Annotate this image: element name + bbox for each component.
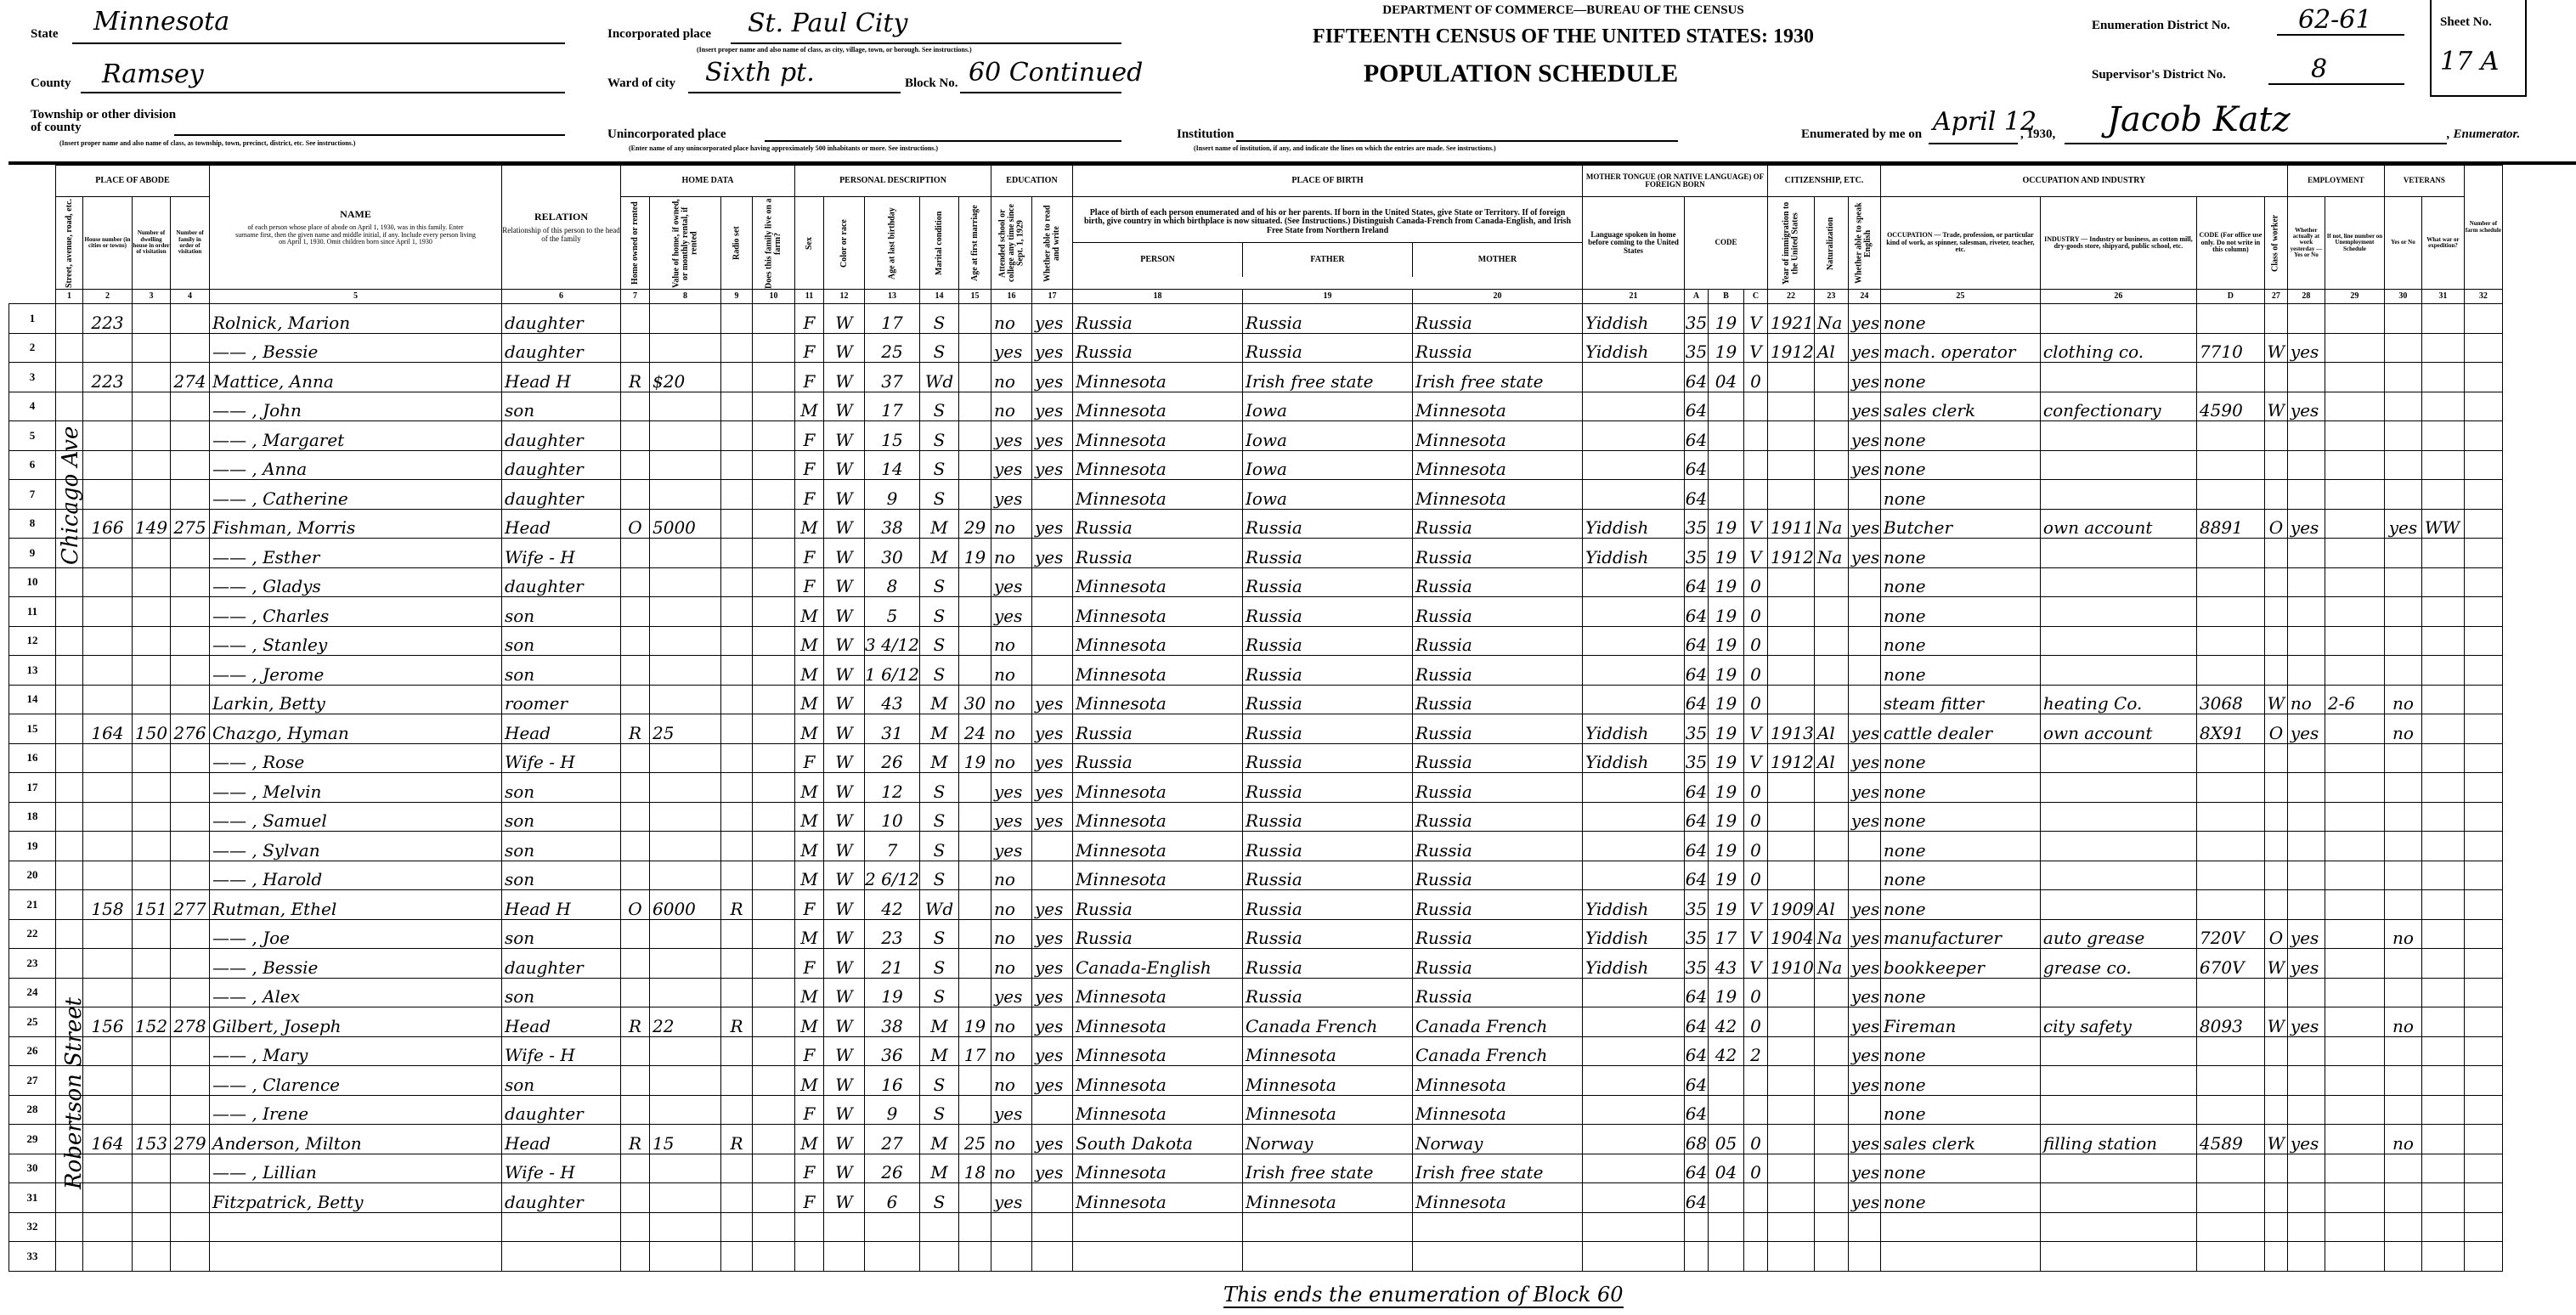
cell-war xyxy=(2421,1125,2464,1154)
cell-war xyxy=(2421,597,2464,627)
cell-age: 12 xyxy=(865,773,920,803)
cell-age: 21 xyxy=(865,949,920,979)
group-relation: RELATIONRelationship of this person to t… xyxy=(502,166,621,290)
table-row: 4—— , JohnsonMW17SnoyesMinnesotaIowaMinn… xyxy=(9,392,2503,421)
line-number: 2 xyxy=(9,333,56,363)
cell-veteran xyxy=(2384,567,2421,597)
cell-marital: S xyxy=(920,304,959,334)
cell-sex: M xyxy=(795,978,824,1007)
group-employment: EMPLOYMENT xyxy=(2287,166,2384,197)
cell-family xyxy=(171,861,210,890)
cell-industry xyxy=(2040,304,2196,334)
cell-radio xyxy=(721,421,753,451)
cell-street xyxy=(56,685,83,714)
war-header: What war or expedition? xyxy=(2421,197,2464,290)
cell-radio xyxy=(721,450,753,480)
cell-pob-father: Russia xyxy=(1243,539,1413,568)
cell-read xyxy=(1032,832,1073,861)
column-number-row: 123456789101112131415161718192021ABC2223… xyxy=(9,290,2503,304)
cell-color: W xyxy=(824,450,865,480)
cell-age: 10 xyxy=(865,802,920,832)
cell-age-marriage xyxy=(959,832,991,861)
cell-name: —— , Bessie xyxy=(210,333,502,363)
cell-code-a: 64 xyxy=(1685,450,1709,480)
cell-at-work xyxy=(2287,421,2325,451)
cell-occ-code xyxy=(2196,978,2264,1007)
cell-at-work: no xyxy=(2287,685,2325,714)
cell-veteran xyxy=(2384,1242,2421,1272)
cell-veteran xyxy=(2384,743,2421,773)
cell-immigration xyxy=(1768,1125,1815,1154)
cell-class xyxy=(2264,626,2287,656)
cell-age-marriage xyxy=(959,1212,991,1242)
line-number: 12 xyxy=(9,626,56,656)
cell-dwelling xyxy=(133,861,171,890)
line-number: 32 xyxy=(9,1212,56,1242)
cell-dwelling xyxy=(133,1242,171,1272)
cell-street xyxy=(56,919,83,949)
cell-family xyxy=(171,832,210,861)
cell-at-work: yes xyxy=(2287,1007,2325,1037)
cell-unemp xyxy=(2325,919,2384,949)
family-number-header: Number of family in order of visitation xyxy=(171,197,210,290)
street-header: Street, avenue, road, etc. xyxy=(56,197,83,290)
cell-war xyxy=(2421,421,2464,451)
cell-industry: own account xyxy=(2040,714,2196,744)
birth-subheaders: PERSON FATHER MOTHER xyxy=(1073,242,1582,277)
cell-age xyxy=(865,1212,920,1242)
cell-immigration: 1913 xyxy=(1768,714,1815,744)
cell-veteran xyxy=(2384,832,2421,861)
cell-unemp xyxy=(2325,1212,2384,1242)
cell-industry xyxy=(2040,480,2196,510)
farm-schedule-header: Number of farm schedule xyxy=(2464,166,2502,290)
cell-farm-schedule xyxy=(2464,773,2502,803)
cell-veteran xyxy=(2384,1066,2421,1096)
cell-name xyxy=(210,1242,502,1272)
line-number: 9 xyxy=(9,539,56,568)
english-header: Whether able to speak English xyxy=(1848,197,1880,290)
cell-language xyxy=(1583,392,1685,421)
cell-naturalization xyxy=(1814,861,1848,890)
cell-code-a: 35 xyxy=(1685,304,1709,334)
cell-age: 26 xyxy=(865,1154,920,1183)
cell-farm xyxy=(753,1125,795,1154)
cell-house xyxy=(83,333,133,363)
cell-at-work xyxy=(2287,1154,2325,1183)
cell-farm xyxy=(753,480,795,510)
cell-house xyxy=(83,743,133,773)
cell-code-a: 64 xyxy=(1685,685,1709,714)
cell-owned xyxy=(621,1066,650,1096)
cell-age-marriage xyxy=(959,890,991,920)
cell-war xyxy=(2421,304,2464,334)
cell-age-marriage: 18 xyxy=(959,1154,991,1183)
cell-occupation: sales clerk xyxy=(1880,392,2040,421)
cell-immigration xyxy=(1768,1007,1815,1037)
cell-english xyxy=(1848,1242,1880,1272)
cell-immigration xyxy=(1768,392,1815,421)
cell-read: yes xyxy=(1032,304,1073,334)
cell-language xyxy=(1583,1036,1685,1066)
cell-code-a: 35 xyxy=(1685,919,1709,949)
column-number: 9 xyxy=(721,290,753,304)
cell-occ-code xyxy=(2196,1154,2264,1183)
cell-relation: daughter xyxy=(502,421,621,451)
cell-language: Yiddish xyxy=(1583,539,1685,568)
cell-age: 9 xyxy=(865,1095,920,1125)
cell-code-c xyxy=(1744,1242,1768,1272)
cell-dwelling xyxy=(133,1036,171,1066)
cell-read: yes xyxy=(1032,421,1073,451)
cell-code-c xyxy=(1744,1066,1768,1096)
cell-farm xyxy=(753,685,795,714)
cell-occ-code xyxy=(2196,450,2264,480)
cell-read: yes xyxy=(1032,509,1073,539)
cell-naturalization xyxy=(1814,1036,1848,1066)
cell-owned xyxy=(621,1036,650,1066)
cell-unemp xyxy=(2325,1007,2384,1037)
cell-war xyxy=(2421,1242,2464,1272)
cell-read: yes xyxy=(1032,392,1073,421)
cell-naturalization: Al xyxy=(1814,743,1848,773)
cell-age-marriage: 25 xyxy=(959,1125,991,1154)
cell-pob-mother: Minnesota xyxy=(1413,450,1583,480)
cell-name: —— , Sylvan xyxy=(210,832,502,861)
cell-house: 156 xyxy=(83,1007,133,1037)
cell-marital: S xyxy=(920,802,959,832)
cell-immigration xyxy=(1768,567,1815,597)
cell-pob-mother: Minnesota xyxy=(1413,1095,1583,1125)
cell-age-marriage: 29 xyxy=(959,509,991,539)
cell-farm xyxy=(753,450,795,480)
line-number: 29 xyxy=(9,1125,56,1154)
cell-pob: Minnesota xyxy=(1073,861,1243,890)
cell-industry xyxy=(2040,1242,2196,1272)
sheet-value: 17 A xyxy=(2440,47,2499,76)
cell-class xyxy=(2264,802,2287,832)
cell-age: 31 xyxy=(865,714,920,744)
cell-code-b: 19 xyxy=(1709,333,1744,363)
ed-label: Enumeration District No. xyxy=(2092,19,2230,33)
cell-value: $20 xyxy=(650,363,721,392)
cell-radio xyxy=(721,304,753,334)
cell-occupation: none xyxy=(1880,567,2040,597)
cell-owned xyxy=(621,832,650,861)
cell-occ-code xyxy=(2196,480,2264,510)
column-number: 30 xyxy=(2384,290,2421,304)
cell-naturalization xyxy=(1814,978,1848,1007)
cell-age: 17 xyxy=(865,304,920,334)
line-number: 10 xyxy=(9,567,56,597)
cell-read xyxy=(1032,480,1073,510)
cell-color: W xyxy=(824,597,865,627)
cell-immigration: 1912 xyxy=(1768,539,1815,568)
cell-immigration xyxy=(1768,1212,1815,1242)
cell-owned xyxy=(621,421,650,451)
cell-pob-father: Russia xyxy=(1243,304,1413,334)
cell-occ-code xyxy=(2196,1095,2264,1125)
cell-farm-schedule xyxy=(2464,1036,2502,1066)
cell-school: no xyxy=(991,1066,1032,1096)
table-row: 17—— , MelvinsonMW12SyesyesMinnesotaRuss… xyxy=(9,773,2503,803)
cell-english: yes xyxy=(1848,1154,1880,1183)
cell-color: W xyxy=(824,539,865,568)
cell-code-a: 35 xyxy=(1685,743,1709,773)
cell-at-work: yes xyxy=(2287,714,2325,744)
cell-class: O xyxy=(2264,509,2287,539)
cell-pob: Minnesota xyxy=(1073,1036,1243,1066)
cell-relation: son xyxy=(502,392,621,421)
cell-farm xyxy=(753,919,795,949)
sex-header: Sex xyxy=(795,197,824,290)
cell-class xyxy=(2264,890,2287,920)
cell-farm xyxy=(753,333,795,363)
cell-age-marriage xyxy=(959,1242,991,1272)
cell-war xyxy=(2421,949,2464,979)
cell-class xyxy=(2264,450,2287,480)
cell-name: —— , Margaret xyxy=(210,421,502,451)
cell-family xyxy=(171,1242,210,1272)
cell-age: 6 xyxy=(865,1183,920,1213)
cell-radio xyxy=(721,861,753,890)
cell-code-c xyxy=(1744,421,1768,451)
table-row: 26—— , MaryWife - HFW36M17noyesMinnesota… xyxy=(9,1036,2503,1066)
cell-school: yes xyxy=(991,421,1032,451)
cell-family xyxy=(171,480,210,510)
cell-class xyxy=(2264,1036,2287,1066)
cell-immigration xyxy=(1768,597,1815,627)
cell-occ-code xyxy=(2196,656,2264,686)
cell-code-a xyxy=(1685,1212,1709,1242)
cell-occupation: none xyxy=(1880,773,2040,803)
cell-owned: O xyxy=(621,509,650,539)
cell-language xyxy=(1583,802,1685,832)
column-number: C xyxy=(1744,290,1768,304)
cell-relation: daughter xyxy=(502,333,621,363)
cell-pob-father: Russia xyxy=(1243,714,1413,744)
table-row: 7—— , CatherinedaughterFW9SyesMinnesotaI… xyxy=(9,480,2503,510)
cell-farm-schedule xyxy=(2464,1242,2502,1272)
cell-family xyxy=(171,656,210,686)
cell-pob-mother: Minnesota xyxy=(1413,1183,1583,1213)
cell-class xyxy=(2264,1212,2287,1242)
sheet-header: State Minnesota County Ramsey Township o… xyxy=(0,0,2576,170)
cell-at-work xyxy=(2287,626,2325,656)
cell-code-c xyxy=(1744,450,1768,480)
cell-code-a: 35 xyxy=(1685,509,1709,539)
cell-at-work xyxy=(2287,539,2325,568)
name-column-desc: of each person whose place of abode on A… xyxy=(210,224,501,246)
cell-code-a: 64 xyxy=(1685,421,1709,451)
cell-class: W xyxy=(2264,685,2287,714)
cell-owned: R xyxy=(621,1007,650,1037)
cell-name: —— , Samuel xyxy=(210,802,502,832)
cell-naturalization xyxy=(1814,685,1848,714)
cell-naturalization: Na xyxy=(1814,949,1848,979)
cell-code-c: V xyxy=(1744,949,1768,979)
cell-owned: R xyxy=(621,714,650,744)
cell-code-b xyxy=(1709,1183,1744,1213)
incorporated-hint: (Insert proper name and also name of cla… xyxy=(697,46,972,54)
cell-pob xyxy=(1073,1212,1243,1242)
cell-sex: F xyxy=(795,949,824,979)
cell-name: Larkin, Betty xyxy=(210,685,502,714)
cell-at-work xyxy=(2287,978,2325,1007)
cell-code-a: 64 xyxy=(1685,597,1709,627)
home-owned-header: Home owned or rented xyxy=(621,197,650,290)
cell-dwelling xyxy=(133,1183,171,1213)
cell-read: yes xyxy=(1032,1154,1073,1183)
cell-immigration xyxy=(1768,1066,1815,1096)
cell-relation: Head xyxy=(502,714,621,744)
cell-read: yes xyxy=(1032,685,1073,714)
cell-name: —— , Alex xyxy=(210,978,502,1007)
cell-pob-mother xyxy=(1413,1242,1583,1272)
cell-industry xyxy=(2040,1066,2196,1096)
cell-language xyxy=(1583,656,1685,686)
cell-pob-mother: Norway xyxy=(1413,1125,1583,1154)
cell-marital: S xyxy=(920,773,959,803)
cell-class xyxy=(2264,743,2287,773)
unincorporated-hint: (Enter name of any unincorporated place … xyxy=(629,144,938,152)
radio-header: Radio set xyxy=(721,197,753,290)
cell-immigration xyxy=(1768,1183,1815,1213)
cell-language xyxy=(1583,1183,1685,1213)
cell-naturalization: Al xyxy=(1814,714,1848,744)
cell-age: 1 6/12 xyxy=(865,656,920,686)
census-rows: 1223Rolnick, MariondaughterFW17SnoyesRus… xyxy=(9,304,2503,1272)
cell-occupation: none xyxy=(1880,1036,2040,1066)
line-number: 8 xyxy=(9,509,56,539)
cell-read: yes xyxy=(1032,1007,1073,1037)
cell-unemp xyxy=(2325,567,2384,597)
cell-immigration: 1904 xyxy=(1768,919,1815,949)
column-number: A xyxy=(1685,290,1709,304)
cell-pob-mother: Minnesota xyxy=(1413,1066,1583,1096)
column-number: 25 xyxy=(1880,290,2040,304)
cell-pob: Minnesota xyxy=(1073,1095,1243,1125)
cell-house xyxy=(83,773,133,803)
cell-radio xyxy=(721,1066,753,1096)
cell-farm xyxy=(753,978,795,1007)
group-name: NAMEof each person whose place of abode … xyxy=(210,166,502,290)
cell-dwelling xyxy=(133,450,171,480)
cell-language xyxy=(1583,480,1685,510)
cell-unemp xyxy=(2325,802,2384,832)
cell-english: yes xyxy=(1848,539,1880,568)
cell-marital: S xyxy=(920,450,959,480)
cell-sex: F xyxy=(795,1183,824,1213)
cell-family xyxy=(171,392,210,421)
cell-code-b: 19 xyxy=(1709,597,1744,627)
cell-color: W xyxy=(824,919,865,949)
cell-read xyxy=(1032,656,1073,686)
table-row: 18—— , SamuelsonMW10SyesyesMinnesotaRuss… xyxy=(9,802,2503,832)
unincorporated-underline xyxy=(765,140,1121,142)
cell-unemp xyxy=(2325,714,2384,744)
cell-industry xyxy=(2040,567,2196,597)
cell-war xyxy=(2421,333,2464,363)
cell-age: 14 xyxy=(865,450,920,480)
cell-sex: F xyxy=(795,890,824,920)
cell-at-work: yes xyxy=(2287,392,2325,421)
cell-immigration xyxy=(1768,626,1815,656)
cell-at-work xyxy=(2287,832,2325,861)
cell-class xyxy=(2264,861,2287,890)
cell-code-c: 2 xyxy=(1744,1036,1768,1066)
cell-age-marriage xyxy=(959,333,991,363)
cell-pob: Minnesota xyxy=(1073,832,1243,861)
cell-house xyxy=(83,392,133,421)
cell-code-a: 64 xyxy=(1685,1007,1709,1037)
cell-school: no xyxy=(991,509,1032,539)
cell-relation: Head xyxy=(502,509,621,539)
ward-value: Sixth pt. xyxy=(705,58,815,87)
table-row: 31Fitzpatrick, BettydaughterFW6SyesMinne… xyxy=(9,1183,2503,1213)
cell-naturalization xyxy=(1814,1154,1848,1183)
cell-street xyxy=(56,597,83,627)
cell-farm xyxy=(753,1095,795,1125)
line-number: 1 xyxy=(9,304,56,334)
cell-language: Yiddish xyxy=(1583,890,1685,920)
cell-pob-father: Russia xyxy=(1243,567,1413,597)
cell-class xyxy=(2264,480,2287,510)
cell-code-c: 0 xyxy=(1744,773,1768,803)
cell-language xyxy=(1583,978,1685,1007)
cell-pob-mother: Russia xyxy=(1413,890,1583,920)
cell-veteran: no xyxy=(2384,714,2421,744)
cell-radio xyxy=(721,743,753,773)
column-number: 13 xyxy=(865,290,920,304)
cell-english: yes xyxy=(1848,773,1880,803)
column-number: 16 xyxy=(991,290,1032,304)
institution-underline xyxy=(1236,140,1678,142)
cell-class xyxy=(2264,539,2287,568)
cell-age-marriage xyxy=(959,1183,991,1213)
cell-industry xyxy=(2040,978,2196,1007)
cell-marital: S xyxy=(920,832,959,861)
cell-name: Rutman, Ethel xyxy=(210,890,502,920)
cell-dwelling xyxy=(133,421,171,451)
cell-value xyxy=(650,773,721,803)
cell-pob: Minnesota xyxy=(1073,597,1243,627)
naturalization-header: Naturalization xyxy=(1814,197,1848,290)
line-number: 22 xyxy=(9,919,56,949)
cell-age: 30 xyxy=(865,539,920,568)
cell-owned xyxy=(621,626,650,656)
cell-class xyxy=(2264,1242,2287,1272)
cell-pob-father: Irish free state xyxy=(1243,1154,1413,1183)
cell-radio xyxy=(721,714,753,744)
cell-age: 17 xyxy=(865,392,920,421)
cell-family xyxy=(171,949,210,979)
line-number: 26 xyxy=(9,1036,56,1066)
cell-relation: son xyxy=(502,656,621,686)
cell-family: 274 xyxy=(171,363,210,392)
cell-relation: son xyxy=(502,802,621,832)
cell-sex: M xyxy=(795,597,824,627)
cell-at-work xyxy=(2287,450,2325,480)
cell-unemp xyxy=(2325,743,2384,773)
cell-unemp xyxy=(2325,773,2384,803)
cell-veteran: no xyxy=(2384,919,2421,949)
cell-street xyxy=(56,743,83,773)
cell-occupation: none xyxy=(1880,1066,2040,1096)
cell-age-marriage xyxy=(959,978,991,1007)
cell-occupation: cattle dealer xyxy=(1880,714,2040,744)
cell-name: Fitzpatrick, Betty xyxy=(210,1183,502,1213)
